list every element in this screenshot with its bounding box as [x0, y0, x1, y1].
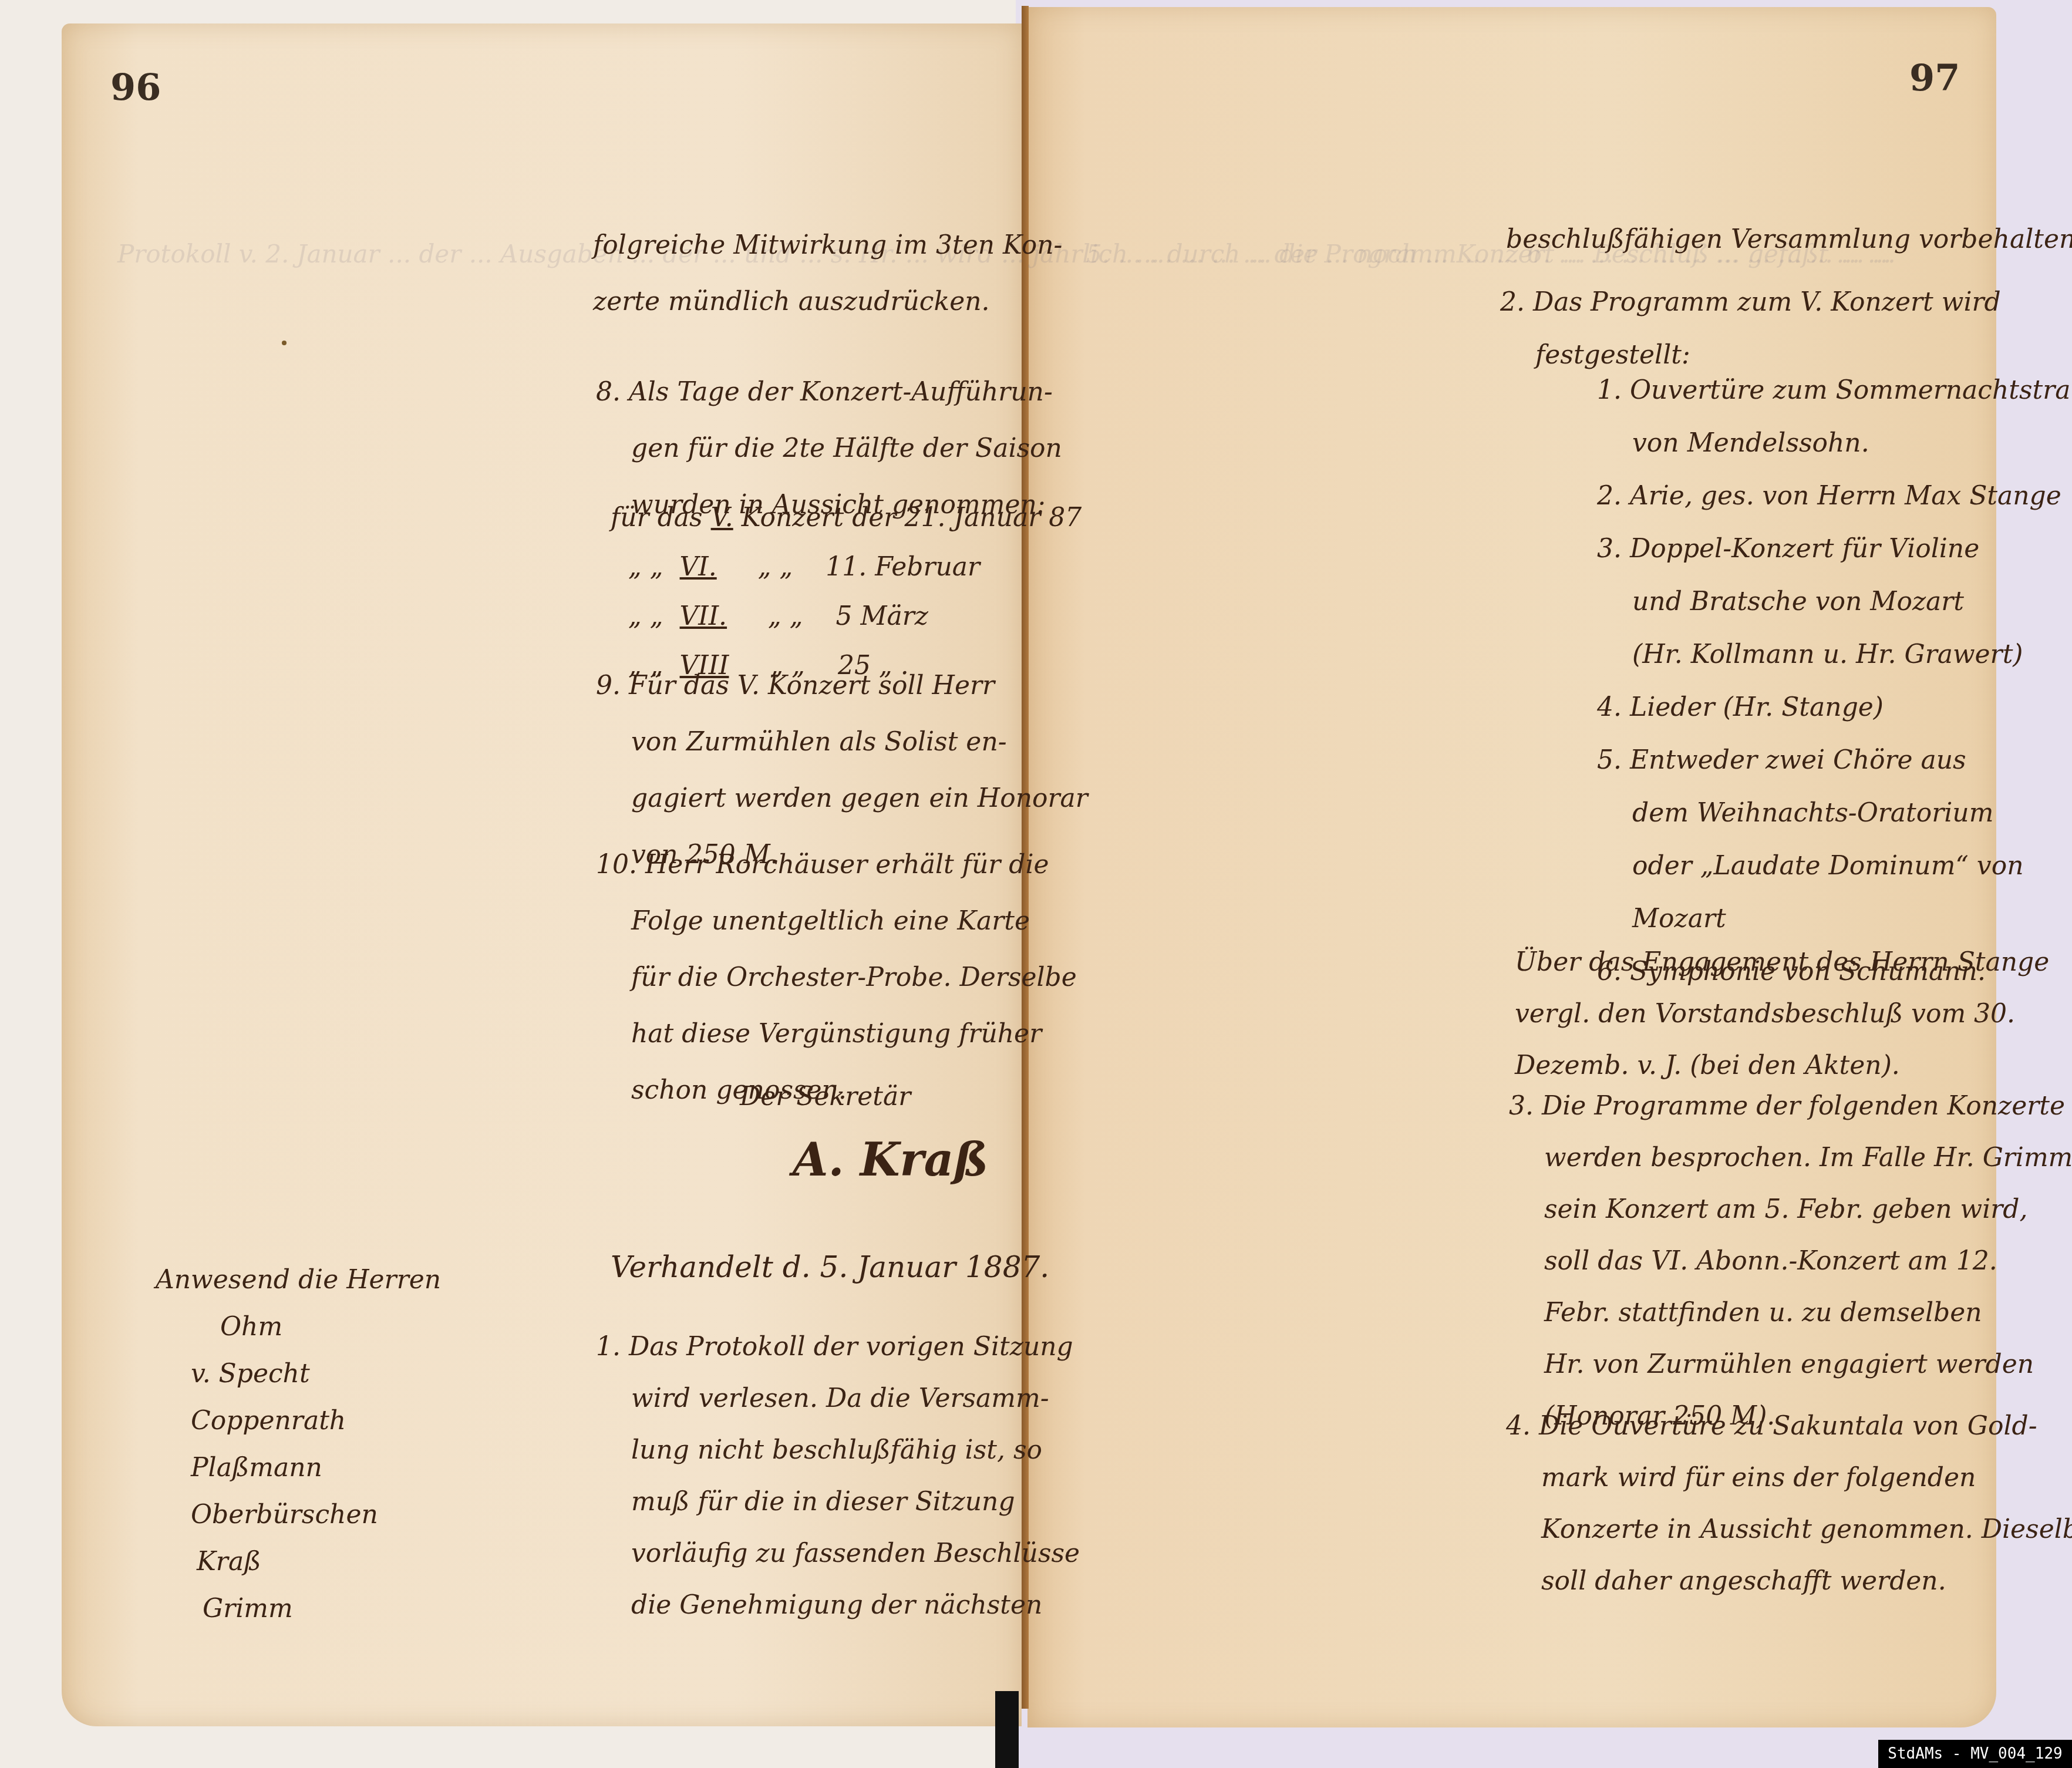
text-line: lung nicht beschlußfähig ist, so	[596, 1424, 1080, 1476]
text-line: 1. Das Protokoll der vorigen Sitzung	[596, 1321, 1080, 1373]
concert-program: 1. Ouvertüre zum Sommernachtstraum von M…	[1597, 364, 2072, 998]
spine-shadow	[995, 1691, 1019, 1768]
attendee: Coppenrath	[156, 1397, 441, 1444]
text-line: Febr. stattfinden u. zu demselben	[1509, 1287, 2072, 1339]
concert-numeral: V.	[711, 503, 733, 533]
page-number-left: 96	[110, 66, 161, 109]
item-1: 1. Das Protokoll der vorigen Sitzung wir…	[596, 1321, 1080, 1631]
attendee: Grimm	[156, 1585, 441, 1632]
archive-label: StdAMs - MV_004_129	[1878, 1740, 2072, 1768]
text-line: für die Orchester-Probe. Derselbe	[596, 949, 1077, 1006]
program-item: oder „Laudate Dominum“ von	[1597, 840, 2072, 893]
text-line: werden besprochen. Im Falle Hr. Grimm	[1509, 1132, 2072, 1184]
text-line: vorläufig zu fassenden Beschlüsse	[596, 1528, 1080, 1580]
text-line: hat diese Vergünstigung früher	[596, 1006, 1077, 1062]
program-item: 3. Doppel-Konzert für Violine	[1597, 523, 2072, 575]
text-line: gagiert werden gegen ein Honorar	[596, 770, 1088, 827]
attendee: Kraß	[156, 1538, 441, 1585]
program-item: und Bratsche von Mozart	[1597, 575, 2072, 628]
text-line: sein Konzert am 5. Febr. geben wird,	[1509, 1184, 2072, 1235]
text-line: von Zurmühlen als Solist en-	[596, 714, 1088, 770]
left-continuation: folgreiche Mitwirkung im 3ten Kon- zerte…	[593, 217, 1062, 330]
text-line: 4. Die Ouvertüre zu Sakuntala von Gold-	[1506, 1400, 2072, 1452]
page-number-right: 97	[1909, 56, 1960, 99]
program-item: 4. Lieder (Hr. Stange)	[1597, 681, 2072, 734]
schedule-row: „ „ VI. „ „ 11. Februar	[611, 543, 1082, 592]
attendee: Oberbürschen	[156, 1491, 441, 1538]
text-line: Konzerte in Aussicht genommen. Dieselbe	[1506, 1504, 2072, 1555]
text-line: mark wird für eins der folgenden	[1506, 1452, 2072, 1504]
text-line: soll das VI. Abonn.-Konzert am 12.	[1509, 1235, 2072, 1287]
text-line: zerte mündlich auszudrücken.	[593, 274, 1062, 330]
text-line: muß für die in dieser Sitzung	[596, 1476, 1080, 1528]
text-line: 3. Die Programme der folgenden Konzerte	[1509, 1080, 2072, 1132]
right-continuation: beschlußfähigen Versammlung vorbehalten.	[1506, 211, 2072, 268]
attendance-list: Anwesend die Herren Ohm v. Specht Coppen…	[156, 1257, 441, 1632]
text-line: die Genehmigung der nächsten	[596, 1580, 1080, 1631]
attendee: Plaßmann	[156, 1444, 441, 1491]
text-line: gen für die 2te Hälfte der Saison	[596, 420, 1062, 477]
text-line: Hr. von Zurmühlen engagiert werden	[1509, 1339, 2072, 1390]
attendee: v. Specht	[156, 1351, 441, 1397]
program-item: von Mendelssohn.	[1597, 417, 2072, 470]
text-line: vergl. den Vorstandsbeschluß vom 30.	[1515, 988, 2049, 1040]
schedule-row: für das V. Konzert der 21. Januar 87	[611, 493, 1082, 543]
concert-numeral: VI.	[680, 552, 717, 582]
text-line: soll daher angeschafft werden.	[1506, 1555, 2072, 1607]
item-3: 3. Die Programme der folgenden Konzerte …	[1509, 1080, 2072, 1442]
program-item: (Hr. Kollmann u. Hr. Grawert)	[1597, 628, 2072, 681]
text-line: wird verlesen. Da die Versamm-	[596, 1373, 1080, 1424]
text-line: 8. Als Tage der Konzert-Aufführun-	[596, 364, 1062, 420]
meeting-heading: Verhandelt d. 5. Januar 1887.	[611, 1239, 1049, 1295]
item-4: 4. Die Ouvertüre zu Sakuntala von Gold- …	[1506, 1400, 2072, 1607]
attendance-heading: Anwesend die Herren	[156, 1257, 441, 1304]
concert-numeral: VII.	[680, 601, 727, 631]
program-item: 5. Entweder zwei Chöre aus	[1597, 734, 2072, 787]
schedule-row: „ „ VII. „ „ 5 März	[611, 592, 1082, 641]
attendee: Ohm	[156, 1304, 441, 1351]
stange-note: Über das Engagement des Herrn Stange ver…	[1515, 937, 2049, 1092]
paper-stain	[282, 341, 287, 345]
text-line: Folge unentgeltlich eine Karte	[596, 893, 1077, 949]
text-line: Über das Engagement des Herrn Stange	[1515, 937, 2049, 988]
text-line: 2. Das Programm zum V. Konzert wird	[1500, 276, 2001, 329]
program-item: 1. Ouvertüre zum Sommernachtstraum	[1597, 364, 2072, 417]
program-item: 2. Arie, ges. von Herrn Max Stange	[1597, 470, 2072, 523]
text-line: 9. Für das V. Konzert soll Herr	[596, 658, 1088, 714]
text-line: folgreiche Mitwirkung im 3ten Kon-	[593, 217, 1062, 274]
secretary-signature: A. Kraß	[793, 1133, 989, 1187]
program-item: dem Weihnachts-Oratorium	[1597, 787, 2072, 840]
text-line: 10. Herr Rorchäuser erhält für die	[596, 837, 1077, 893]
closing-secretary: Der Sekretär	[740, 1069, 911, 1125]
